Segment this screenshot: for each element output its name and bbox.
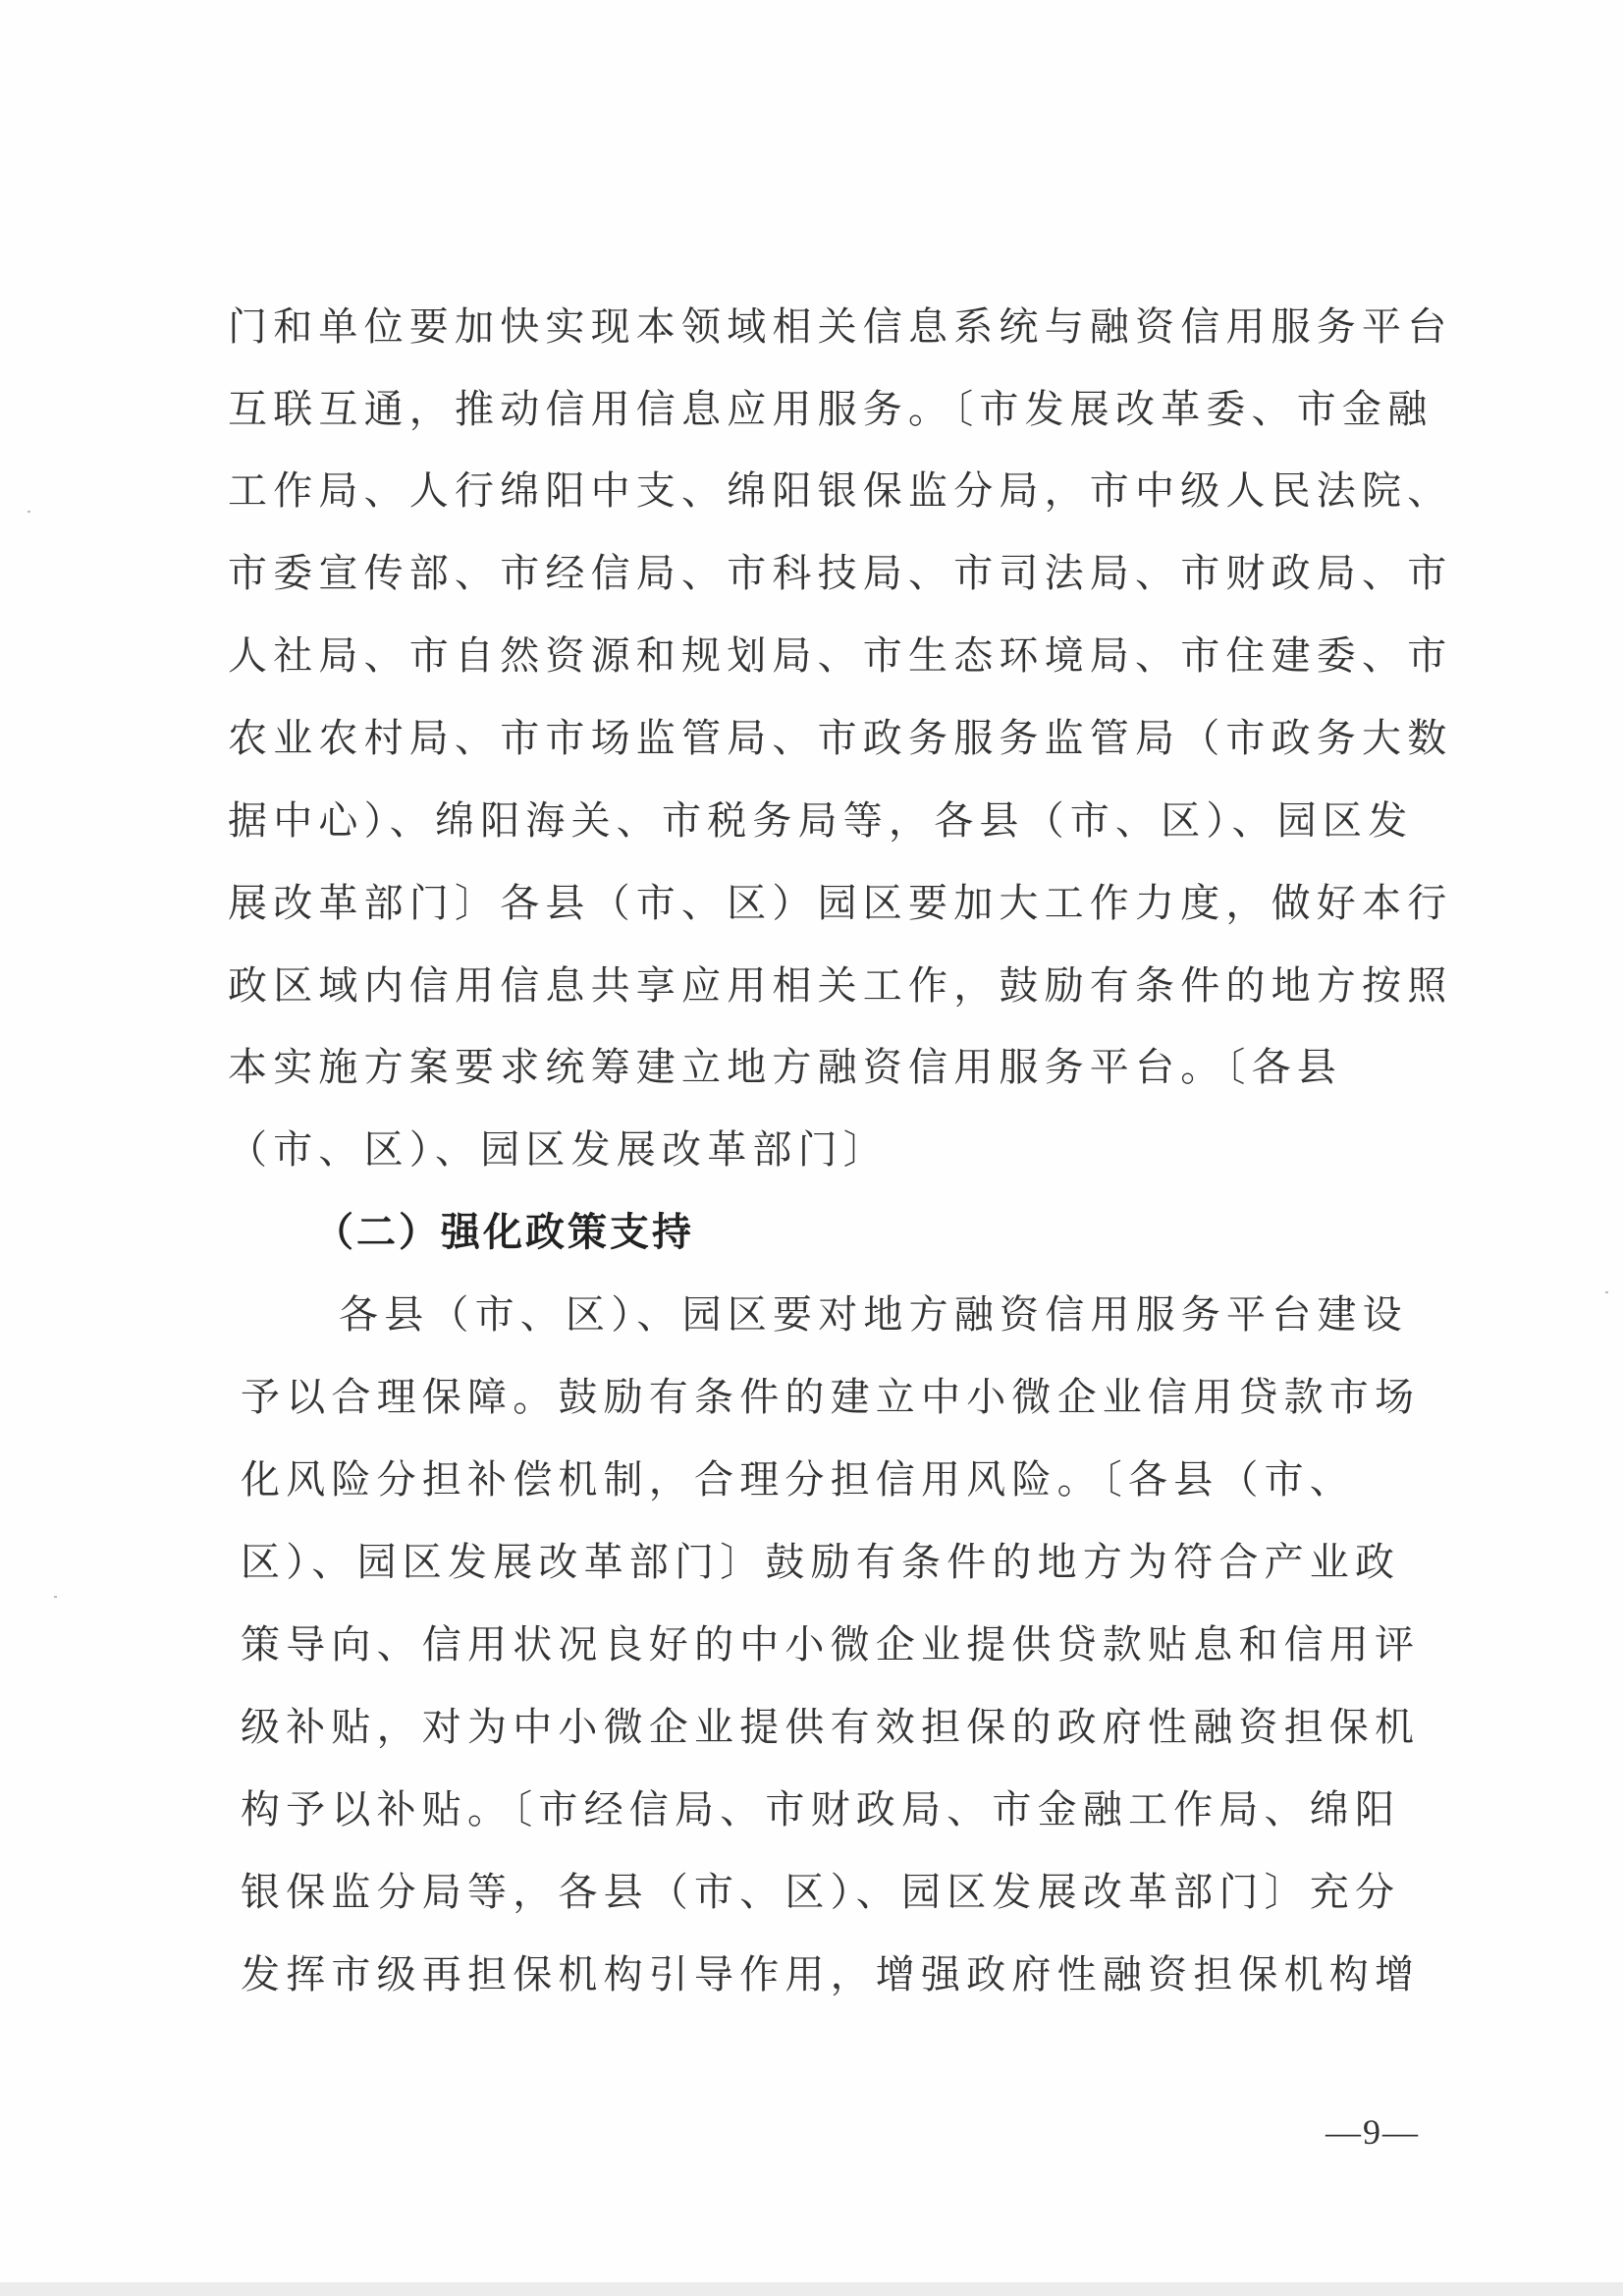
- text-line: 人社局、市自然资源和规划局、市生态环境局、市住建委、市: [228, 632, 1452, 680]
- text-line: 发挥市级再担保机构引导作用，增强政府性融资担保机构增: [241, 1951, 1420, 1998]
- text-line: 化风险分担补偿机制，合理分担信用风险。〔各县（市、: [241, 1456, 1355, 1503]
- text-line: 各县（市、区）、园区要对地方融资信用服务平台建设: [339, 1291, 1408, 1339]
- text-line: 构予以补贴。〔市经信局、市财政局、市金融工作局、绵阳: [241, 1786, 1400, 1833]
- scan-speck: [54, 1596, 57, 1598]
- document-page: 门和单位要加快实现本领域相关信息系统与融资信用服务平台 互联互通，推动信用信息应…: [0, 0, 1623, 2296]
- text-line: 区）、园区发展改革部门〕鼓励有条件的地方为符合产业政: [241, 1539, 1400, 1586]
- text-line: 展改革部门〕各县（市、区）园区要加大工作力度，做好本行: [228, 880, 1452, 927]
- text-line: （市、区）、园区发展改革部门〕: [228, 1126, 889, 1174]
- text-line: 市委宣传部、市经信局、市科技局、市司法局、市财政局、市: [228, 550, 1452, 597]
- scan-speck: [1605, 1291, 1608, 1293]
- text-line: 策导向、信用状况良好的中小微企业提供贷款贴息和信用评: [241, 1621, 1420, 1668]
- text-line: 予以合理保障。鼓励有条件的建立中小微企业信用贷款市场: [241, 1374, 1420, 1421]
- text-line: 本实施方案要求统筹建立地方融资信用服务平台。〔各县: [228, 1044, 1342, 1091]
- text-line: 互联互通，推动信用信息应用服务。〔市发展改革委、市金融: [228, 386, 1433, 433]
- text-line: 据中心）、绵阳海关、市税务局等，各县（市、区）、园区发: [228, 797, 1413, 845]
- scan-speck: [27, 511, 30, 513]
- text-line: 门和单位要加快实现本领域相关信息系统与融资信用服务平台: [228, 303, 1452, 351]
- page-number: —9—: [1325, 2111, 1420, 2153]
- scan-bottom-edge: [0, 2282, 1623, 2296]
- text-line: 政区域内信用信息共享应用相关工作，鼓励有条件的地方按照: [228, 962, 1452, 1010]
- text-line: 级补贴，对为中小微企业提供有效担保的政府性融资担保机: [241, 1704, 1420, 1751]
- text-line: 农业农村局、市市场监管局、市政务服务监管局（市政务大数: [228, 715, 1452, 762]
- text-line: 银保监分局等，各县（市、区）、园区发展改革部门〕充分: [241, 1869, 1400, 1916]
- text-line: 工作局、人行绵阳中支、绵阳银保监分局，市中级人民法院、: [228, 467, 1452, 515]
- section-heading: （二）强化政策支持: [314, 1209, 694, 1256]
